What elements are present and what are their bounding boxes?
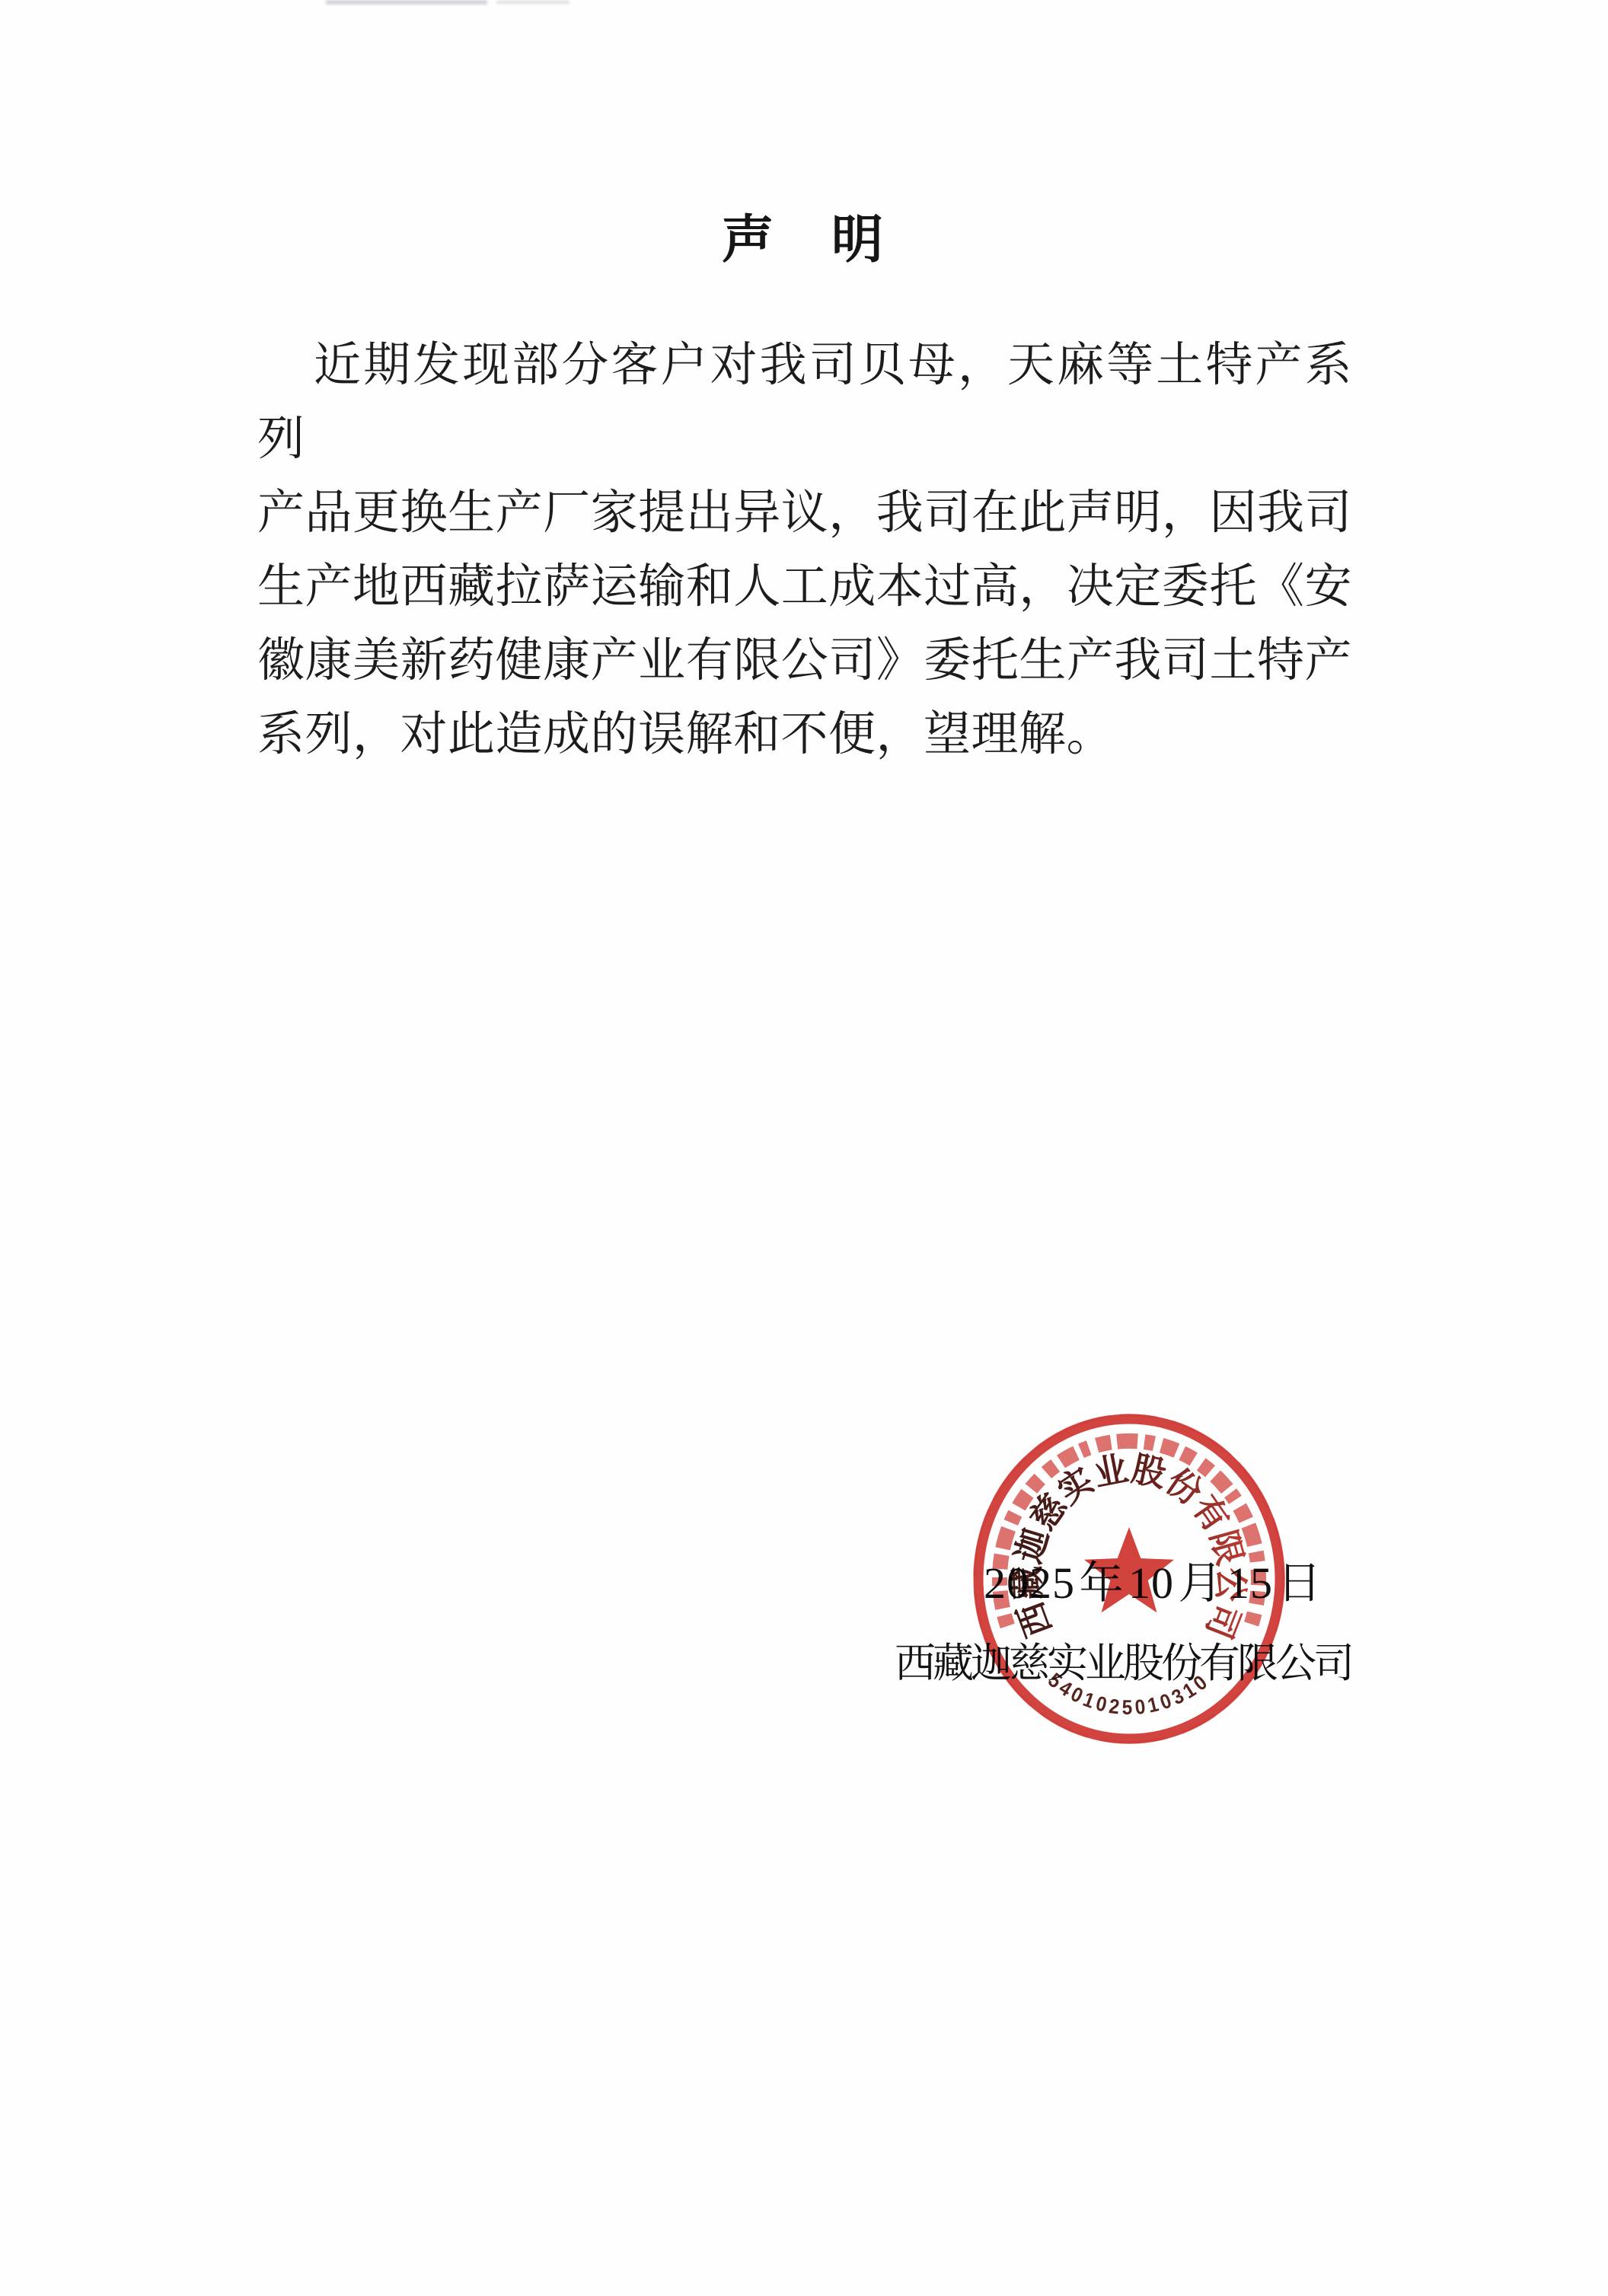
paragraph-line: 产品更换生产厂家提出异议，我司在此声明，因我司 xyxy=(257,477,1352,550)
statement-paragraph: 近期发现部分客户对我司贝母，天麻等土特产系列 产品更换生产厂家提出异议，我司在此… xyxy=(257,329,1352,772)
page-title: 声 明 xyxy=(0,209,1608,271)
scan-artifact-top xyxy=(496,1,569,4)
paragraph-line: 近期发现部分客户对我司贝母，天麻等土特产系列 xyxy=(257,329,1352,477)
paragraph-line: 徽康美新药健康产业有限公司》委托生产我司土特产 xyxy=(257,624,1352,698)
date-line: 2025 年 10 月 15 日 xyxy=(984,1556,1322,1611)
company-signature: 西藏迦慈实业股份有限公司 xyxy=(895,1638,1351,1689)
scan-artifact-top xyxy=(326,0,487,5)
statement-document-page: 声 明 近期发现部分客户对我司贝母，天麻等土特产系列 产品更换生产厂家提出异议，… xyxy=(0,0,1608,2296)
paragraph-line: 生产地西藏拉萨运输和人工成本过高，决定委托《安 xyxy=(257,550,1352,624)
paragraph-line: 系列，对此造成的误解和不便，望理解。 xyxy=(257,698,1352,772)
